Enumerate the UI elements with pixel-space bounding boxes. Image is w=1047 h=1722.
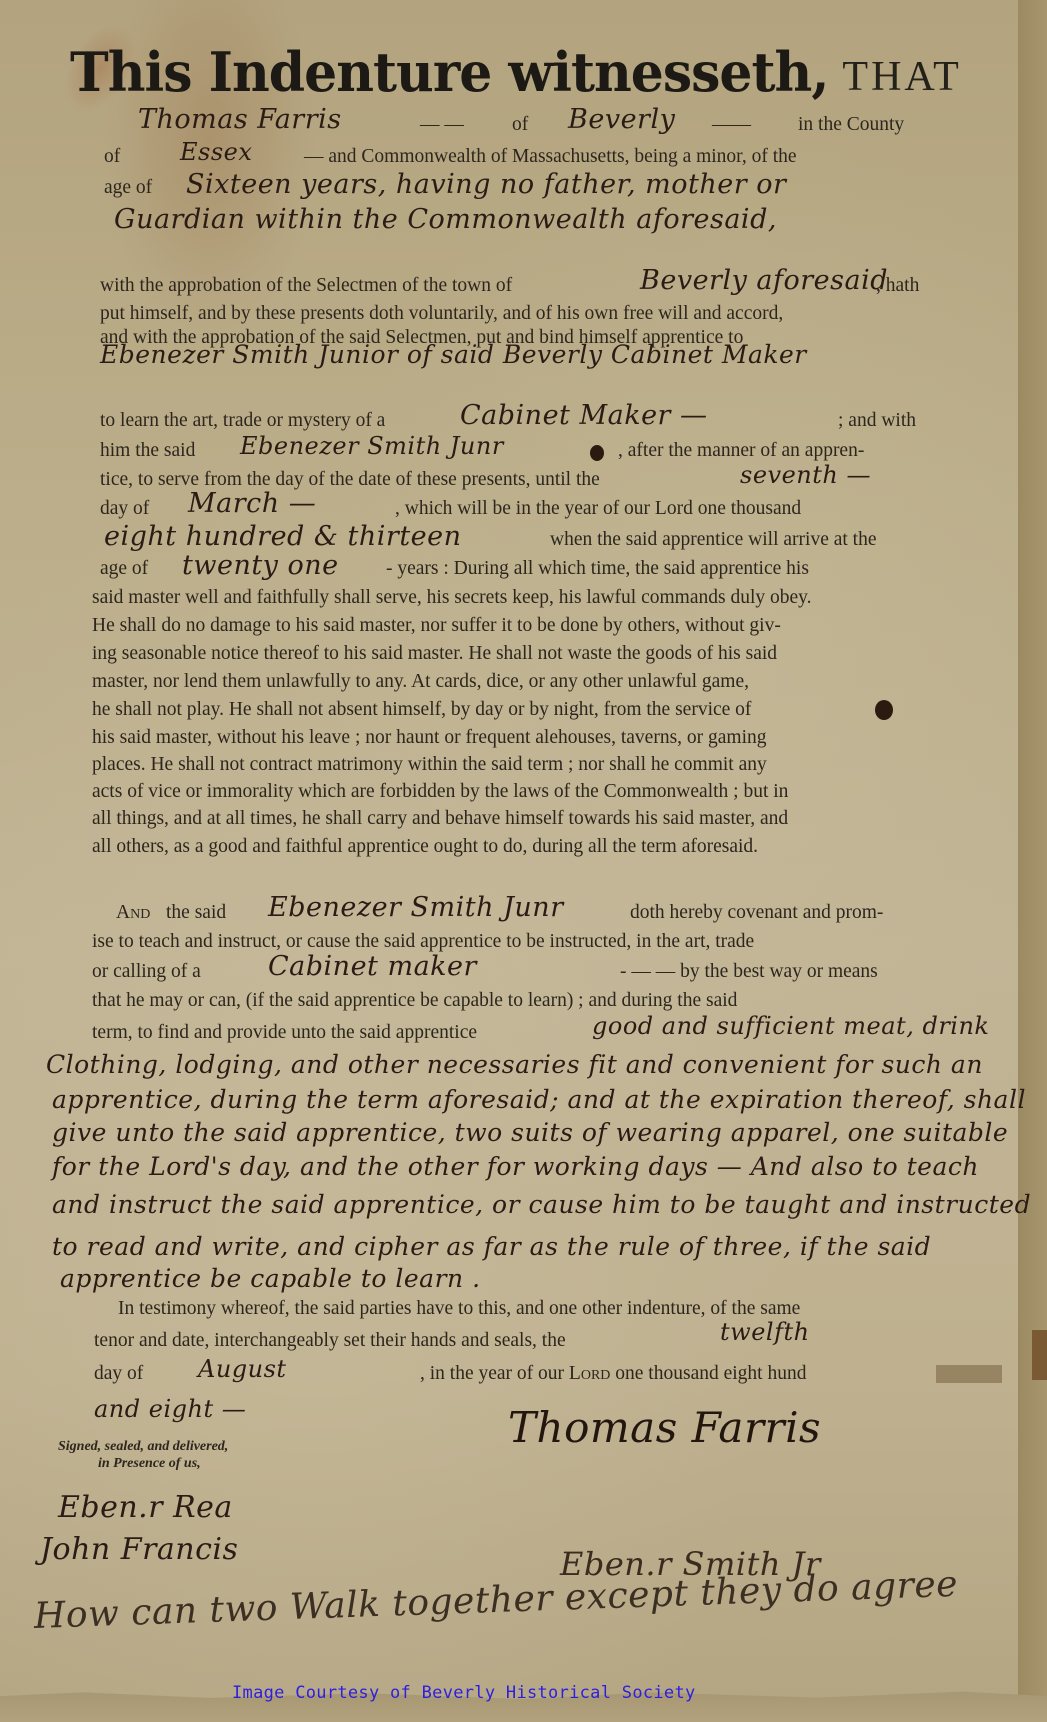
fill-master-covenant: Ebenezer Smith Junr (268, 892, 564, 923)
fill-sign-day: twelfth (720, 1318, 810, 1346)
arrive-text: when the said apprentice will arrive at … (550, 529, 877, 551)
provide-text: term, to find and provide unto the said … (92, 1022, 477, 1044)
heading-blackletter: This Indenture witnesseth, (70, 40, 828, 104)
hand-clause-line: give unto the said apprentice, two suits… (52, 1118, 1008, 1147)
year-prefix: , in the year of our (420, 1363, 564, 1384)
serve-text: tice, to serve from the day of the date … (100, 469, 600, 491)
calling-text: or calling of a (92, 961, 201, 983)
ink-blot (590, 445, 604, 461)
dash: —— (712, 114, 751, 136)
p3-line7: said master well and faithfully shall se… (92, 587, 812, 609)
paper-right-edge (1018, 0, 1047, 1722)
fill-town: Beverly (568, 104, 675, 135)
label-county: in the County (798, 114, 904, 136)
trade-text: to learn the art, trade or mystery of a (100, 410, 385, 432)
label-of: of (104, 146, 120, 168)
signature-witness-1: Eben.r Rea (58, 1490, 233, 1525)
p3-line14: acts of vice or immorality which are for… (92, 781, 788, 803)
during-text: - years : During all which time, the sai… (386, 558, 809, 580)
witness-label-line1: Signed, sealed, and delivered, (58, 1438, 228, 1455)
seals-text: tenor and date, interchangeably set thei… (94, 1330, 566, 1352)
the-said-text: the said (166, 902, 226, 924)
and-caps: And (116, 902, 150, 924)
fill-town-aforesaid: Beverly aforesaid (640, 265, 888, 296)
fill-sign-month: August (198, 1355, 287, 1383)
testimony-line1: In testimony whereof, the said parties h… (118, 1298, 800, 1320)
indenture-heading: This Indenture witnesseth, THAT (70, 42, 950, 112)
year-of-lord-text: , in the year of our Lord one thousand e… (420, 1363, 806, 1385)
fill-age: Sixteen years, having no father, mother … (186, 169, 786, 200)
fill-guardian: Guardian within the Commonwealth aforesa… (114, 204, 777, 235)
witness-label: Signed, sealed, and delivered, in Presen… (58, 1438, 228, 1472)
ink-blot (875, 700, 893, 720)
fill-trade: Cabinet Maker — (460, 400, 708, 431)
and-with-text: ; and with (838, 410, 916, 432)
signature-witness-2: John Francis (40, 1532, 238, 1567)
hand-clause-line: apprentice be capable to learn . (60, 1264, 481, 1293)
hand-clause-line: and instruct the said apprentice, or cau… (52, 1190, 1031, 1219)
year-text: , which will be in the year of our Lord … (395, 498, 801, 520)
inscription: How can two Walk together except they do… (33, 1564, 958, 1637)
best-way-text: - — — by the best way or means (620, 961, 878, 983)
p3-line13: places. He shall not contract matrimony … (92, 754, 767, 776)
p3-line11: he shall not play. He shall not absent h… (92, 699, 751, 721)
hand-clause-line: apprentice, during the term aforesaid; a… (52, 1085, 1026, 1114)
fill-master-short: Ebenezer Smith Junr (240, 432, 504, 460)
fill-calling: Cabinet maker (268, 951, 477, 982)
fill-county: Essex (180, 138, 252, 166)
hand-clause-line: for the Lord's day, and the other for wo… (52, 1152, 979, 1181)
p4-line2: ise to teach and instruct, or cause the … (92, 931, 754, 953)
p3-line15: all things, and at all times, he shall c… (92, 808, 788, 830)
dash: — — (420, 114, 464, 136)
fill-end-age: twenty one (182, 550, 339, 581)
year-suffix: one thousand eight hund (615, 1363, 806, 1384)
fill-apprentice-name: Thomas Farris (138, 104, 342, 135)
fill-sign-year: and eight — (94, 1395, 246, 1423)
covenant-text: doth hereby covenant and prom- (630, 902, 883, 924)
p3-line8: He shall do no damage to his said master… (92, 615, 781, 637)
manner-text: , after the manner of an appren- (618, 440, 864, 462)
him-said-text: him the said (100, 440, 195, 462)
lord-caps: Lord (569, 1363, 610, 1384)
mounting-tab (1032, 1330, 1047, 1380)
witness-label-line2: in Presence of us, (58, 1455, 228, 1472)
fill-provisions-start: good and sufficient meat, drink (592, 1012, 989, 1040)
p3-line10: master, nor lend them unlawfully to any.… (92, 671, 749, 693)
commonwealth-text: — and Commonwealth of Massachusetts, bei… (304, 146, 797, 168)
p2-line2: put himself, and by these presents doth … (100, 303, 783, 325)
p3-line9: ing seasonable notice thereof to his sai… (92, 643, 777, 665)
fill-end-year: eight hundred & thirteen (104, 521, 462, 552)
p4-line4: that he may or can, (if the said apprent… (92, 990, 737, 1012)
selectmen-text: with the approbation of the Selectmen of… (100, 275, 512, 297)
fill-end-month: March — (188, 488, 316, 519)
tape-mark (936, 1365, 1002, 1383)
fill-master-name: Ebenezer Smith Junior of said Beverly Ca… (100, 340, 807, 369)
hand-clause-line: Clothing, lodging, and other necessaries… (46, 1050, 983, 1079)
fill-end-day: seventh — (740, 461, 871, 489)
day-of-text: day of (94, 1363, 143, 1385)
signature-apprentice: Thomas Farris (508, 1403, 821, 1452)
label-of: of (512, 114, 528, 136)
heading-that: THAT (842, 54, 961, 100)
hand-clause-line: to read and write, and cipher as far as … (52, 1232, 931, 1261)
image-credit: Image Courtesy of Beverly Historical Soc… (232, 1683, 696, 1703)
day-of-text: day of (100, 498, 149, 520)
label-age-of: age of (104, 177, 152, 199)
p3-line16: all others, as a good and faithful appre… (92, 836, 758, 858)
age-of-text: age of (100, 558, 148, 580)
hath-text: , hath (876, 275, 919, 297)
document-page: This Indenture witnesseth, THAT Thomas F… (0, 0, 1047, 1722)
p3-line12: his said master, without his leave ; nor… (92, 727, 767, 749)
